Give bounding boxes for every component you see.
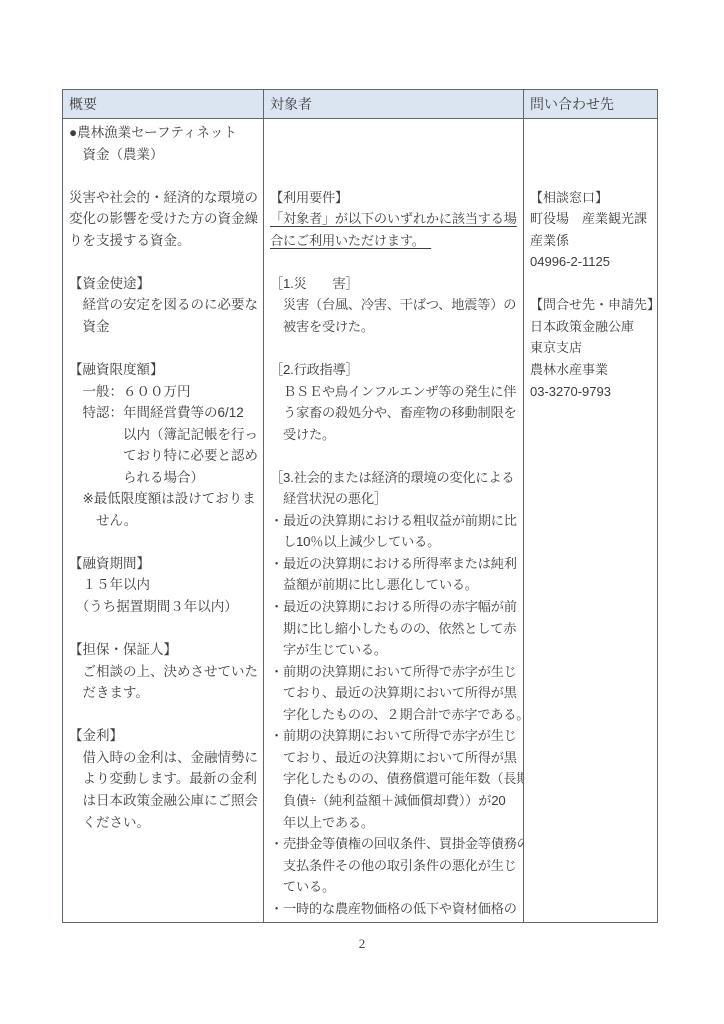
text-line: 産業係 <box>530 230 654 252</box>
text-line: 一般：６００万円 <box>69 381 260 403</box>
text-line: 「対象者」が以下のいずれかに該当する場 <box>270 208 520 230</box>
text-line: ●農林漁業セーフティネット <box>69 122 260 144</box>
text-line: 特認：年間経営費等の6/12 <box>69 402 260 424</box>
text-line <box>270 144 520 166</box>
text-line <box>530 144 654 166</box>
text-line: より変動します。最新の金利 <box>69 768 260 790</box>
text-line: 資金（農業） <box>69 144 260 166</box>
text-line <box>69 618 260 640</box>
text-line: 町役場 産業観光課 <box>530 208 654 230</box>
text-line: 【融資期間】 <box>69 553 260 575</box>
text-line: ※最低限度額は設けておりま <box>69 488 260 510</box>
text-line: 経営の安定を図るのに必要な <box>69 294 260 316</box>
text-line <box>69 704 260 726</box>
text-line: 東京支店 <box>530 337 654 359</box>
page-number: 2 <box>0 936 724 952</box>
text-line: ている。 <box>270 876 520 898</box>
text-line: 年以上である。 <box>270 812 520 834</box>
text-line: せん。 <box>69 510 260 532</box>
document-page: 概要 対象者 問い合わせ先 ●農林漁業セーフティネット 資金（農業） 災害や社会… <box>0 0 724 1024</box>
text-line: 【相談窓口】 <box>530 187 654 209</box>
text-line: う家畜の殺処分や、畜産物の移動制限を <box>270 402 520 424</box>
contact-cell: 【相談窓口】町役場 産業観光課産業係04996-2-1125 【問合せ先・申請先… <box>524 119 657 922</box>
text-line: だきます。 <box>69 682 260 704</box>
text-line <box>270 122 520 144</box>
text-line: ・最近の決算期における粗収益が前期に比 <box>270 510 520 532</box>
column-header-overview: 概要 <box>63 90 264 118</box>
text-line: 農林水産事業 <box>530 359 654 381</box>
text-line: 資金 <box>69 316 260 338</box>
text-line: 被害を受けた。 <box>270 316 520 338</box>
text-line <box>270 337 520 359</box>
text-line: ［2.行政指導］ <box>270 359 520 381</box>
text-line: 字が生じている。 <box>270 639 520 661</box>
text-line: ・一時的な農産物価格の低下や資材価格の <box>270 898 520 920</box>
text-line: ており特に必要と認め <box>69 445 260 467</box>
text-line <box>270 445 520 467</box>
text-line: 合にご利用いただけます。 <box>270 230 520 252</box>
text-line <box>530 122 654 144</box>
text-line: 【問合せ先・申請先】 <box>530 294 654 316</box>
text-line <box>69 165 260 187</box>
text-line: ご相談の上、決めさせていた <box>69 661 260 683</box>
text-line: 日本政策金融公庫 <box>530 316 654 338</box>
table-header-row: 概要 対象者 問い合わせ先 <box>63 90 657 119</box>
text-line: 【資金使途】 <box>69 273 260 295</box>
text-line <box>69 337 260 359</box>
text-line: ており、最近の決算期において所得が黒 <box>270 747 520 769</box>
text-line: ください。 <box>69 812 260 834</box>
text-line: ［3.社会的または経済的環境の変化による <box>270 467 520 489</box>
text-line: 支払条件その他の取引条件の悪化が生じ <box>270 855 520 877</box>
target-cell: 【利用要件】「対象者」が以下のいずれかに該当する場合にご利用いただけます。 ［1… <box>264 119 524 922</box>
text-line: １５年以内 <box>69 574 260 596</box>
text-line: 経営状況の悪化］ <box>270 488 520 510</box>
info-table: 概要 対象者 問い合わせ先 ●農林漁業セーフティネット 資金（農業） 災害や社会… <box>62 89 658 923</box>
text-line: 負債÷（純利益額＋減価償却費））が20 <box>270 790 520 812</box>
text-line: 以内（簿記記帳を行っ <box>69 424 260 446</box>
text-line: 【担保・保証人】 <box>69 639 260 661</box>
text-line: られる場合） <box>69 467 260 489</box>
text-line: 変化の影響を受けた方の資金繰 <box>69 208 260 230</box>
text-line: ・前期の決算期において所得で赤字が生じ <box>270 725 520 747</box>
text-line: 【利用要件】 <box>270 187 520 209</box>
table-body-row: ●農林漁業セーフティネット 資金（農業） 災害や社会的・経済的な環境の変化の影響… <box>63 119 657 922</box>
text-line <box>69 531 260 553</box>
text-line: 字化したものの、２期合計で赤字である。 <box>270 704 520 726</box>
text-line <box>270 165 520 187</box>
text-line: 【金利】 <box>69 725 260 747</box>
text-line: ・最近の決算期における所得の赤字幅が前 <box>270 596 520 618</box>
text-line: ており、最近の決算期において所得が黒 <box>270 682 520 704</box>
column-header-contact: 問い合わせ先 <box>524 90 657 118</box>
text-line: 期に比し縮小したものの、依然として赤 <box>270 618 520 640</box>
text-line: ・売掛金等債権の回収条件、買掛金等債務の <box>270 833 520 855</box>
text-line: 03-3270-9793 <box>530 381 654 403</box>
text-line: ［1.災 害］ <box>270 273 520 295</box>
text-line: りを支援する資金。 <box>69 230 260 252</box>
text-line: は日本政策金融公庫にご照会 <box>69 790 260 812</box>
text-line: ・最近の決算期における所得率または純利 <box>270 553 520 575</box>
text-line: 受けた。 <box>270 424 520 446</box>
text-line <box>69 251 260 273</box>
text-line: （うち据置期間３年以内） <box>69 596 260 618</box>
text-line: ・前期の決算期において所得で赤字が生じ <box>270 661 520 683</box>
text-line: し10％以上減少している。 <box>270 531 520 553</box>
text-line: 04996-2-1125 <box>530 251 654 273</box>
text-line: 字化したものの、債務償還可能年数（長期 <box>270 768 520 790</box>
column-header-target: 対象者 <box>264 90 524 118</box>
text-line: 【融資限度額】 <box>69 359 260 381</box>
text-line: 災害や社会的・経済的な環境の <box>69 187 260 209</box>
text-line <box>530 273 654 295</box>
text-line <box>530 165 654 187</box>
text-line <box>270 251 520 273</box>
text-line: 災害（台風、冷害、干ばつ、地震等）の <box>270 294 520 316</box>
text-line: 借入時の金利は、金融情勢に <box>69 747 260 769</box>
overview-cell: ●農林漁業セーフティネット 資金（農業） 災害や社会的・経済的な環境の変化の影響… <box>63 119 264 922</box>
text-line: ＢＳＥや鳥インフルエンザ等の発生に伴 <box>270 381 520 403</box>
text-line: 益額が前期に比し悪化している。 <box>270 574 520 596</box>
